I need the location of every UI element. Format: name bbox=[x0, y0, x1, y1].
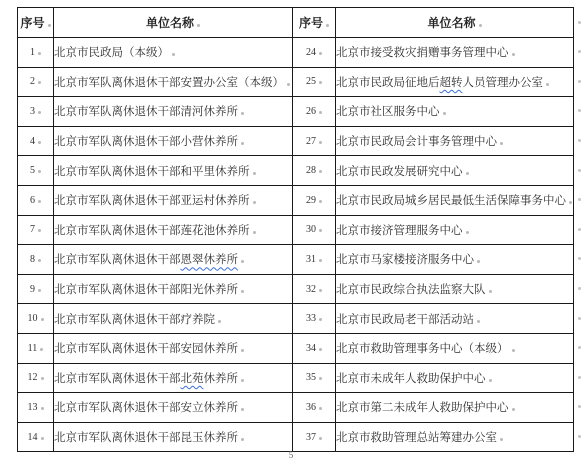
serial-cell-left: 11 bbox=[18, 333, 54, 363]
unit-name-cell-left: 北京市军队离休退休干部安置办公室（本级） bbox=[54, 67, 293, 97]
end-of-cell-mark bbox=[319, 377, 322, 380]
unit-name-text: 北京市军队离休退休干部清河休养所 bbox=[54, 106, 238, 118]
end-of-cell-mark bbox=[38, 289, 41, 292]
table-row: 13 北京市军队离休退休干部安立休养所 36 北京市第二未成年人救助保护中心 bbox=[18, 393, 574, 423]
end-of-cell-mark bbox=[319, 52, 322, 55]
end-of-row-mark bbox=[578, 287, 581, 290]
end-of-row-mark bbox=[578, 50, 581, 53]
serial-cell-left: 5 bbox=[18, 156, 54, 186]
end-of-cell-mark bbox=[512, 349, 515, 352]
unit-name-text: 北京市民政局会计事务管理中心 bbox=[336, 136, 497, 148]
unit-name-text: 北京市民政发展研究中心 bbox=[336, 166, 463, 178]
header-label: 序号 bbox=[299, 16, 323, 30]
end-of-cell-mark bbox=[38, 81, 41, 84]
unit-name-cell-left: 北京市军队离休退休干部小营休养所 bbox=[54, 126, 293, 156]
table-row: 6 北京市军队离休退休干部亚运村休养所 29 北京市民政局城乡居民最低生活保障事… bbox=[18, 185, 574, 215]
end-of-cell-mark bbox=[241, 379, 244, 382]
unit-name-cell-left: 北京市军队离休退休干部昆玉休养所 bbox=[54, 422, 293, 452]
serial-number: 31 bbox=[306, 254, 316, 265]
serial-number: 34 bbox=[306, 343, 316, 354]
table-row: 3 北京市军队离休退休干部清河休养所 26 北京市社区服务中心 bbox=[18, 97, 574, 127]
end-of-cell-mark bbox=[241, 260, 244, 263]
serial-number: 32 bbox=[306, 284, 316, 295]
end-of-cell-mark bbox=[319, 318, 322, 321]
unit-name-cell-right: 北京市第二未成年人救助保护中心 bbox=[336, 393, 574, 423]
end-of-row-mark bbox=[578, 80, 581, 83]
end-of-cell-mark bbox=[443, 112, 446, 115]
serial-cell-right: 37 bbox=[293, 422, 336, 452]
end-of-cell-mark bbox=[489, 379, 492, 382]
unit-name-cell-left: 北京市军队离休退休干部阳光休养所 bbox=[54, 274, 293, 304]
unit-name-cell-right: 北京市民政综合执法监察大队 bbox=[336, 274, 574, 304]
unit-name-text: 北京市军队离休退休干部安置办公室（本级） bbox=[54, 77, 284, 89]
unit-name-cell-left: 北京市军队离休退休干部莲花池休养所 bbox=[54, 215, 293, 245]
unit-name-text: 人员管理办公室 bbox=[463, 77, 544, 89]
unit-name-text: 北京市社区服务中心 bbox=[336, 106, 440, 118]
unit-name-cell-left: 北京市军队离休退休干部和平里休养所 bbox=[54, 156, 293, 186]
serial-number: 12 bbox=[28, 372, 38, 383]
end-of-cell-mark bbox=[38, 52, 41, 55]
serial-cell-left: 10 bbox=[18, 304, 54, 334]
table-row: 5 北京市军队离休退休干部和平里休养所 28 北京市民政发展研究中心 bbox=[18, 156, 574, 186]
serial-number: 2 bbox=[30, 76, 35, 87]
end-of-cell-mark bbox=[319, 229, 322, 232]
serial-number: 7 bbox=[30, 224, 35, 235]
header-serial-left: 序号 bbox=[18, 8, 54, 38]
serial-number: 30 bbox=[306, 224, 316, 235]
unit-name-text: 北京市未成年人救助保护中心 bbox=[336, 373, 486, 385]
table-row: 14 北京市军队离休退休干部昆玉休养所 37 北京市救助管理总站筹建办公室 bbox=[18, 422, 574, 452]
end-of-cell-mark bbox=[38, 259, 41, 262]
end-of-cell-mark bbox=[48, 24, 51, 27]
unit-name-text: 休养所 bbox=[204, 373, 239, 385]
header-label: 单位名称 bbox=[146, 16, 194, 30]
unit-name-cell-right: 北京市接受救灾捐赠事务管理中心 bbox=[336, 38, 574, 68]
table-row: 11 北京市军队离休退休干部安园休养所 34 北京市救助管理事务中心（本级） bbox=[18, 333, 574, 363]
serial-cell-right: 36 bbox=[293, 393, 336, 423]
unit-name-text: 北京市军队离休退休干部小营休养所 bbox=[54, 136, 238, 148]
unit-name-text: 北京市救助管理总站筹建办公室 bbox=[336, 432, 497, 444]
end-of-cell-mark bbox=[512, 53, 515, 56]
serial-cell-right: 35 bbox=[293, 363, 336, 393]
document-page: 序号 单位名称 序号 单位名称 1 北京市民政局（本级） 24 北京市接受救灾捐… bbox=[0, 0, 582, 466]
serial-number: 26 bbox=[306, 106, 316, 117]
serial-cell-right: 30 bbox=[293, 215, 336, 245]
end-of-cell-mark bbox=[319, 289, 322, 292]
end-of-cell-mark bbox=[319, 259, 322, 262]
end-of-row-mark bbox=[578, 405, 581, 408]
serial-cell-left: 4 bbox=[18, 126, 54, 156]
end-of-cell-mark bbox=[218, 320, 221, 323]
serial-number: 8 bbox=[30, 254, 35, 265]
serial-cell-left: 12 bbox=[18, 363, 54, 393]
serial-cell-right: 31 bbox=[293, 245, 336, 275]
serial-number: 11 bbox=[28, 343, 38, 354]
end-of-row-mark bbox=[578, 257, 581, 260]
end-of-cell-mark bbox=[319, 111, 322, 114]
unit-name-text: 北京市军队离休退休干部莲花池休养所 bbox=[54, 225, 250, 237]
end-of-cell-mark bbox=[38, 170, 41, 173]
table-row: 4 北京市军队离休退休干部小营休养所 27 北京市民政局会计事务管理中心 bbox=[18, 126, 574, 156]
end-of-cell-mark bbox=[466, 231, 469, 234]
end-of-cell-mark bbox=[38, 200, 41, 203]
serial-number: 33 bbox=[306, 313, 316, 324]
unit-name-text: 北京市军队离休退休干部和平里休养所 bbox=[54, 166, 250, 178]
serial-cell-left: 2 bbox=[18, 67, 54, 97]
serial-cell-right: 29 bbox=[293, 185, 336, 215]
serial-cell-left: 3 bbox=[18, 97, 54, 127]
serial-number: 13 bbox=[28, 402, 38, 413]
serial-number: 35 bbox=[306, 372, 316, 383]
unit-name-text: 北京市民政局征地后 bbox=[336, 77, 440, 89]
serial-number: 37 bbox=[306, 432, 316, 443]
table-row: 12 北京市军队离休退休干部北苑休养所 35 北京市未成年人救助保护中心 bbox=[18, 363, 574, 393]
unit-name-cell-left: 北京市军队离休退休干部安立休养所 bbox=[54, 393, 293, 423]
serial-number: 9 bbox=[30, 284, 35, 295]
unit-name-cell-right: 北京市救助管理总站筹建办公室 bbox=[336, 422, 574, 452]
end-of-row-mark bbox=[578, 109, 581, 112]
unit-name-text: 北京市民政综合执法监察大队 bbox=[336, 284, 486, 296]
end-of-cell-mark bbox=[326, 24, 329, 27]
serial-number: 10 bbox=[28, 313, 38, 324]
serial-cell-left: 6 bbox=[18, 185, 54, 215]
end-of-cell-mark bbox=[466, 172, 469, 175]
end-of-row-mark bbox=[578, 376, 581, 379]
end-of-cell-mark bbox=[319, 170, 322, 173]
end-of-cell-mark bbox=[197, 24, 200, 27]
end-of-cell-mark bbox=[569, 201, 572, 204]
unit-name-cell-right: 北京市民政局老干部活动站 bbox=[336, 304, 574, 334]
end-of-cell-mark bbox=[241, 112, 244, 115]
serial-cell-left: 9 bbox=[18, 274, 54, 304]
serial-number: 4 bbox=[30, 136, 35, 147]
unit-name-cell-left: 北京市军队离休退休干部北苑休养所 bbox=[54, 363, 293, 393]
serial-number: 6 bbox=[30, 195, 35, 206]
end-of-cell-mark bbox=[319, 200, 322, 203]
unit-name-text: 北京市军队离休退休干部安立休养所 bbox=[54, 402, 238, 414]
end-of-cell-mark bbox=[41, 377, 44, 380]
unit-name-text: 北京市民政局老干部活动站 bbox=[336, 314, 474, 326]
header-label: 序号 bbox=[20, 16, 44, 30]
header-serial-right: 序号 bbox=[293, 8, 336, 38]
unit-name-text: 北京市军队离休退休干部安园休养所 bbox=[54, 343, 238, 355]
end-of-cell-mark bbox=[38, 141, 41, 144]
table-row: 10 北京市军队离休退休干部疗养院 33 北京市民政局老干部活动站 bbox=[18, 304, 574, 334]
end-of-cell-mark bbox=[241, 349, 244, 352]
end-of-cell-mark bbox=[38, 111, 41, 114]
serial-cell-right: 32 bbox=[293, 274, 336, 304]
end-of-cell-mark bbox=[253, 201, 256, 204]
end-of-cell-mark bbox=[489, 290, 492, 293]
unit-name-cell-left: 北京市军队离休退休干部安园休养所 bbox=[54, 333, 293, 363]
end-of-cell-mark bbox=[41, 437, 44, 440]
end-of-cell-mark bbox=[172, 53, 175, 56]
unit-name-text: 北京市民政局（本级） bbox=[54, 47, 169, 59]
serial-cell-left: 14 bbox=[18, 422, 54, 452]
header-label: 单位名称 bbox=[427, 16, 475, 30]
end-of-cell-mark bbox=[319, 141, 322, 144]
end-of-cell-mark bbox=[479, 24, 482, 27]
serial-number: 28 bbox=[306, 165, 316, 176]
serial-cell-left: 8 bbox=[18, 245, 54, 275]
end-of-cell-mark bbox=[40, 348, 43, 351]
serial-number: 14 bbox=[28, 432, 38, 443]
unit-name-cell-right: 北京市民政局城乡居民最低生活保障事务中心 bbox=[336, 185, 574, 215]
spellcheck-marked-text: 恩翠休养所 bbox=[181, 254, 239, 266]
end-of-cell-mark bbox=[500, 142, 503, 145]
unit-name-cell-right: 北京市未成年人救助保护中心 bbox=[336, 363, 574, 393]
serial-cell-right: 28 bbox=[293, 156, 336, 186]
serial-number: 36 bbox=[306, 402, 316, 413]
end-of-row-mark bbox=[578, 169, 581, 172]
unit-name-cell-right: 北京市马家楼接济服务中心 bbox=[336, 245, 574, 275]
unit-name-cell-left: 北京市军队离休退休干部清河休养所 bbox=[54, 97, 293, 127]
unit-name-cell-right: 北京市民政发展研究中心 bbox=[336, 156, 574, 186]
end-of-cell-mark bbox=[241, 142, 244, 145]
header-unit-name-right: 单位名称 bbox=[336, 8, 574, 38]
serial-cell-right: 33 bbox=[293, 304, 336, 334]
unit-name-cell-left: 北京市军队离休退休干部疗养院 bbox=[54, 304, 293, 334]
units-table-body: 1 北京市民政局（本级） 24 北京市接受救灾捐赠事务管理中心 2 北京市军队离… bbox=[18, 38, 574, 452]
serial-number: 25 bbox=[306, 76, 316, 87]
serial-number: 5 bbox=[30, 165, 35, 176]
end-of-cell-mark bbox=[477, 320, 480, 323]
table-row: 2 北京市军队离休退休干部安置办公室（本级） 25 北京市民政局征地后超转人员管… bbox=[18, 67, 574, 97]
unit-name-text: 北京市第二未成年人救助保护中心 bbox=[336, 402, 509, 414]
unit-name-text: 北京市军队离休退休干部疗养院 bbox=[54, 314, 215, 326]
end-of-cell-mark bbox=[41, 318, 44, 321]
serial-cell-right: 34 bbox=[293, 333, 336, 363]
table-row: 1 北京市民政局（本级） 24 北京市接受救灾捐赠事务管理中心 bbox=[18, 38, 574, 68]
end-of-cell-mark bbox=[500, 438, 503, 441]
unit-name-cell-right: 北京市民政局征地后超转人员管理办公室 bbox=[336, 67, 574, 97]
table-row: 9 北京市军队离休退休干部阳光休养所 32 北京市民政综合执法监察大队 bbox=[18, 274, 574, 304]
unit-name-cell-right: 北京市接济管理服务中心 bbox=[336, 215, 574, 245]
table-header-row: 序号 单位名称 序号 单位名称 bbox=[18, 8, 574, 38]
unit-name-cell-left: 北京市军队离休退休干部恩翠休养所 bbox=[54, 245, 293, 275]
end-of-row-mark bbox=[578, 198, 581, 201]
table-row: 7 北京市军队离休退休干部莲花池休养所 30 北京市接济管理服务中心 bbox=[18, 215, 574, 245]
serial-cell-left: 7 bbox=[18, 215, 54, 245]
end-of-row-mark bbox=[578, 228, 581, 231]
end-of-cell-mark bbox=[38, 229, 41, 232]
end-of-row-mark bbox=[578, 21, 581, 24]
serial-number: 1 bbox=[30, 47, 35, 58]
end-of-cell-mark bbox=[319, 437, 322, 440]
end-of-cell-mark bbox=[319, 407, 322, 410]
end-of-cell-mark bbox=[477, 260, 480, 263]
serial-cell-right: 27 bbox=[293, 126, 336, 156]
serial-cell-right: 25 bbox=[293, 67, 336, 97]
unit-name-cell-left: 北京市军队离休退休干部亚运村休养所 bbox=[54, 185, 293, 215]
page-number: 5 bbox=[0, 450, 582, 460]
unit-name-text: 北京市接济管理服务中心 bbox=[336, 225, 463, 237]
end-of-cell-mark bbox=[241, 290, 244, 293]
unit-name-cell-left: 北京市民政局（本级） bbox=[54, 38, 293, 68]
header-unit-name-left: 单位名称 bbox=[54, 8, 293, 38]
unit-name-text: 北京市接受救灾捐赠事务管理中心 bbox=[336, 47, 509, 59]
unit-name-text: 北京市军队离休退休干部阳光休养所 bbox=[54, 284, 238, 296]
end-of-row-mark bbox=[578, 139, 581, 142]
serial-cell-right: 24 bbox=[293, 38, 336, 68]
serial-number: 27 bbox=[306, 136, 316, 147]
end-of-cell-mark bbox=[319, 81, 322, 84]
unit-name-text: 北京市军队离休退休干部 bbox=[54, 373, 181, 385]
serial-cell-right: 26 bbox=[293, 97, 336, 127]
unit-name-text: 北京市军队离休退休干部亚运村休养所 bbox=[54, 195, 250, 207]
unit-name-cell-right: 北京市民政局会计事务管理中心 bbox=[336, 126, 574, 156]
unit-name-cell-right: 北京市救助管理事务中心（本级） bbox=[336, 333, 574, 363]
end-of-cell-mark bbox=[241, 438, 244, 441]
end-of-row-mark bbox=[578, 317, 581, 320]
unit-name-text: 北京市救助管理事务中心（本级） bbox=[336, 343, 509, 355]
serial-cell-left: 13 bbox=[18, 393, 54, 423]
serial-number: 24 bbox=[306, 47, 316, 58]
unit-name-text: 北京市军队离休退休干部昆玉休养所 bbox=[54, 432, 238, 444]
end-of-cell-mark bbox=[287, 83, 290, 86]
end-of-cell-mark bbox=[241, 408, 244, 411]
unit-name-text: 北京市马家楼接济服务中心 bbox=[336, 254, 474, 266]
serial-cell-left: 1 bbox=[18, 38, 54, 68]
end-of-cell-mark bbox=[41, 407, 44, 410]
serial-number: 3 bbox=[30, 106, 35, 117]
end-of-row-mark bbox=[578, 435, 581, 438]
spellcheck-marked-text: 超转 bbox=[440, 77, 463, 89]
serial-number: 29 bbox=[306, 195, 316, 206]
unit-name-cell-right: 北京市社区服务中心 bbox=[336, 97, 574, 127]
units-table: 序号 单位名称 序号 单位名称 1 北京市民政局（本级） 24 北京市接受救灾捐… bbox=[17, 7, 574, 452]
unit-name-text: 北京市民政局城乡居民最低生活保障事务中心 bbox=[336, 195, 566, 207]
end-of-cell-mark bbox=[253, 231, 256, 234]
end-of-cell-mark bbox=[546, 83, 549, 86]
unit-name-text: 北京市军队离休退休干部 bbox=[54, 254, 181, 266]
end-of-cell-mark bbox=[512, 408, 515, 411]
end-of-row-mark bbox=[578, 346, 581, 349]
end-of-cell-mark bbox=[253, 172, 256, 175]
spellcheck-marked-text: 北苑 bbox=[181, 373, 204, 385]
table-row: 8 北京市军队离休退休干部恩翠休养所 31 北京市马家楼接济服务中心 bbox=[18, 245, 574, 275]
end-of-cell-mark bbox=[319, 348, 322, 351]
